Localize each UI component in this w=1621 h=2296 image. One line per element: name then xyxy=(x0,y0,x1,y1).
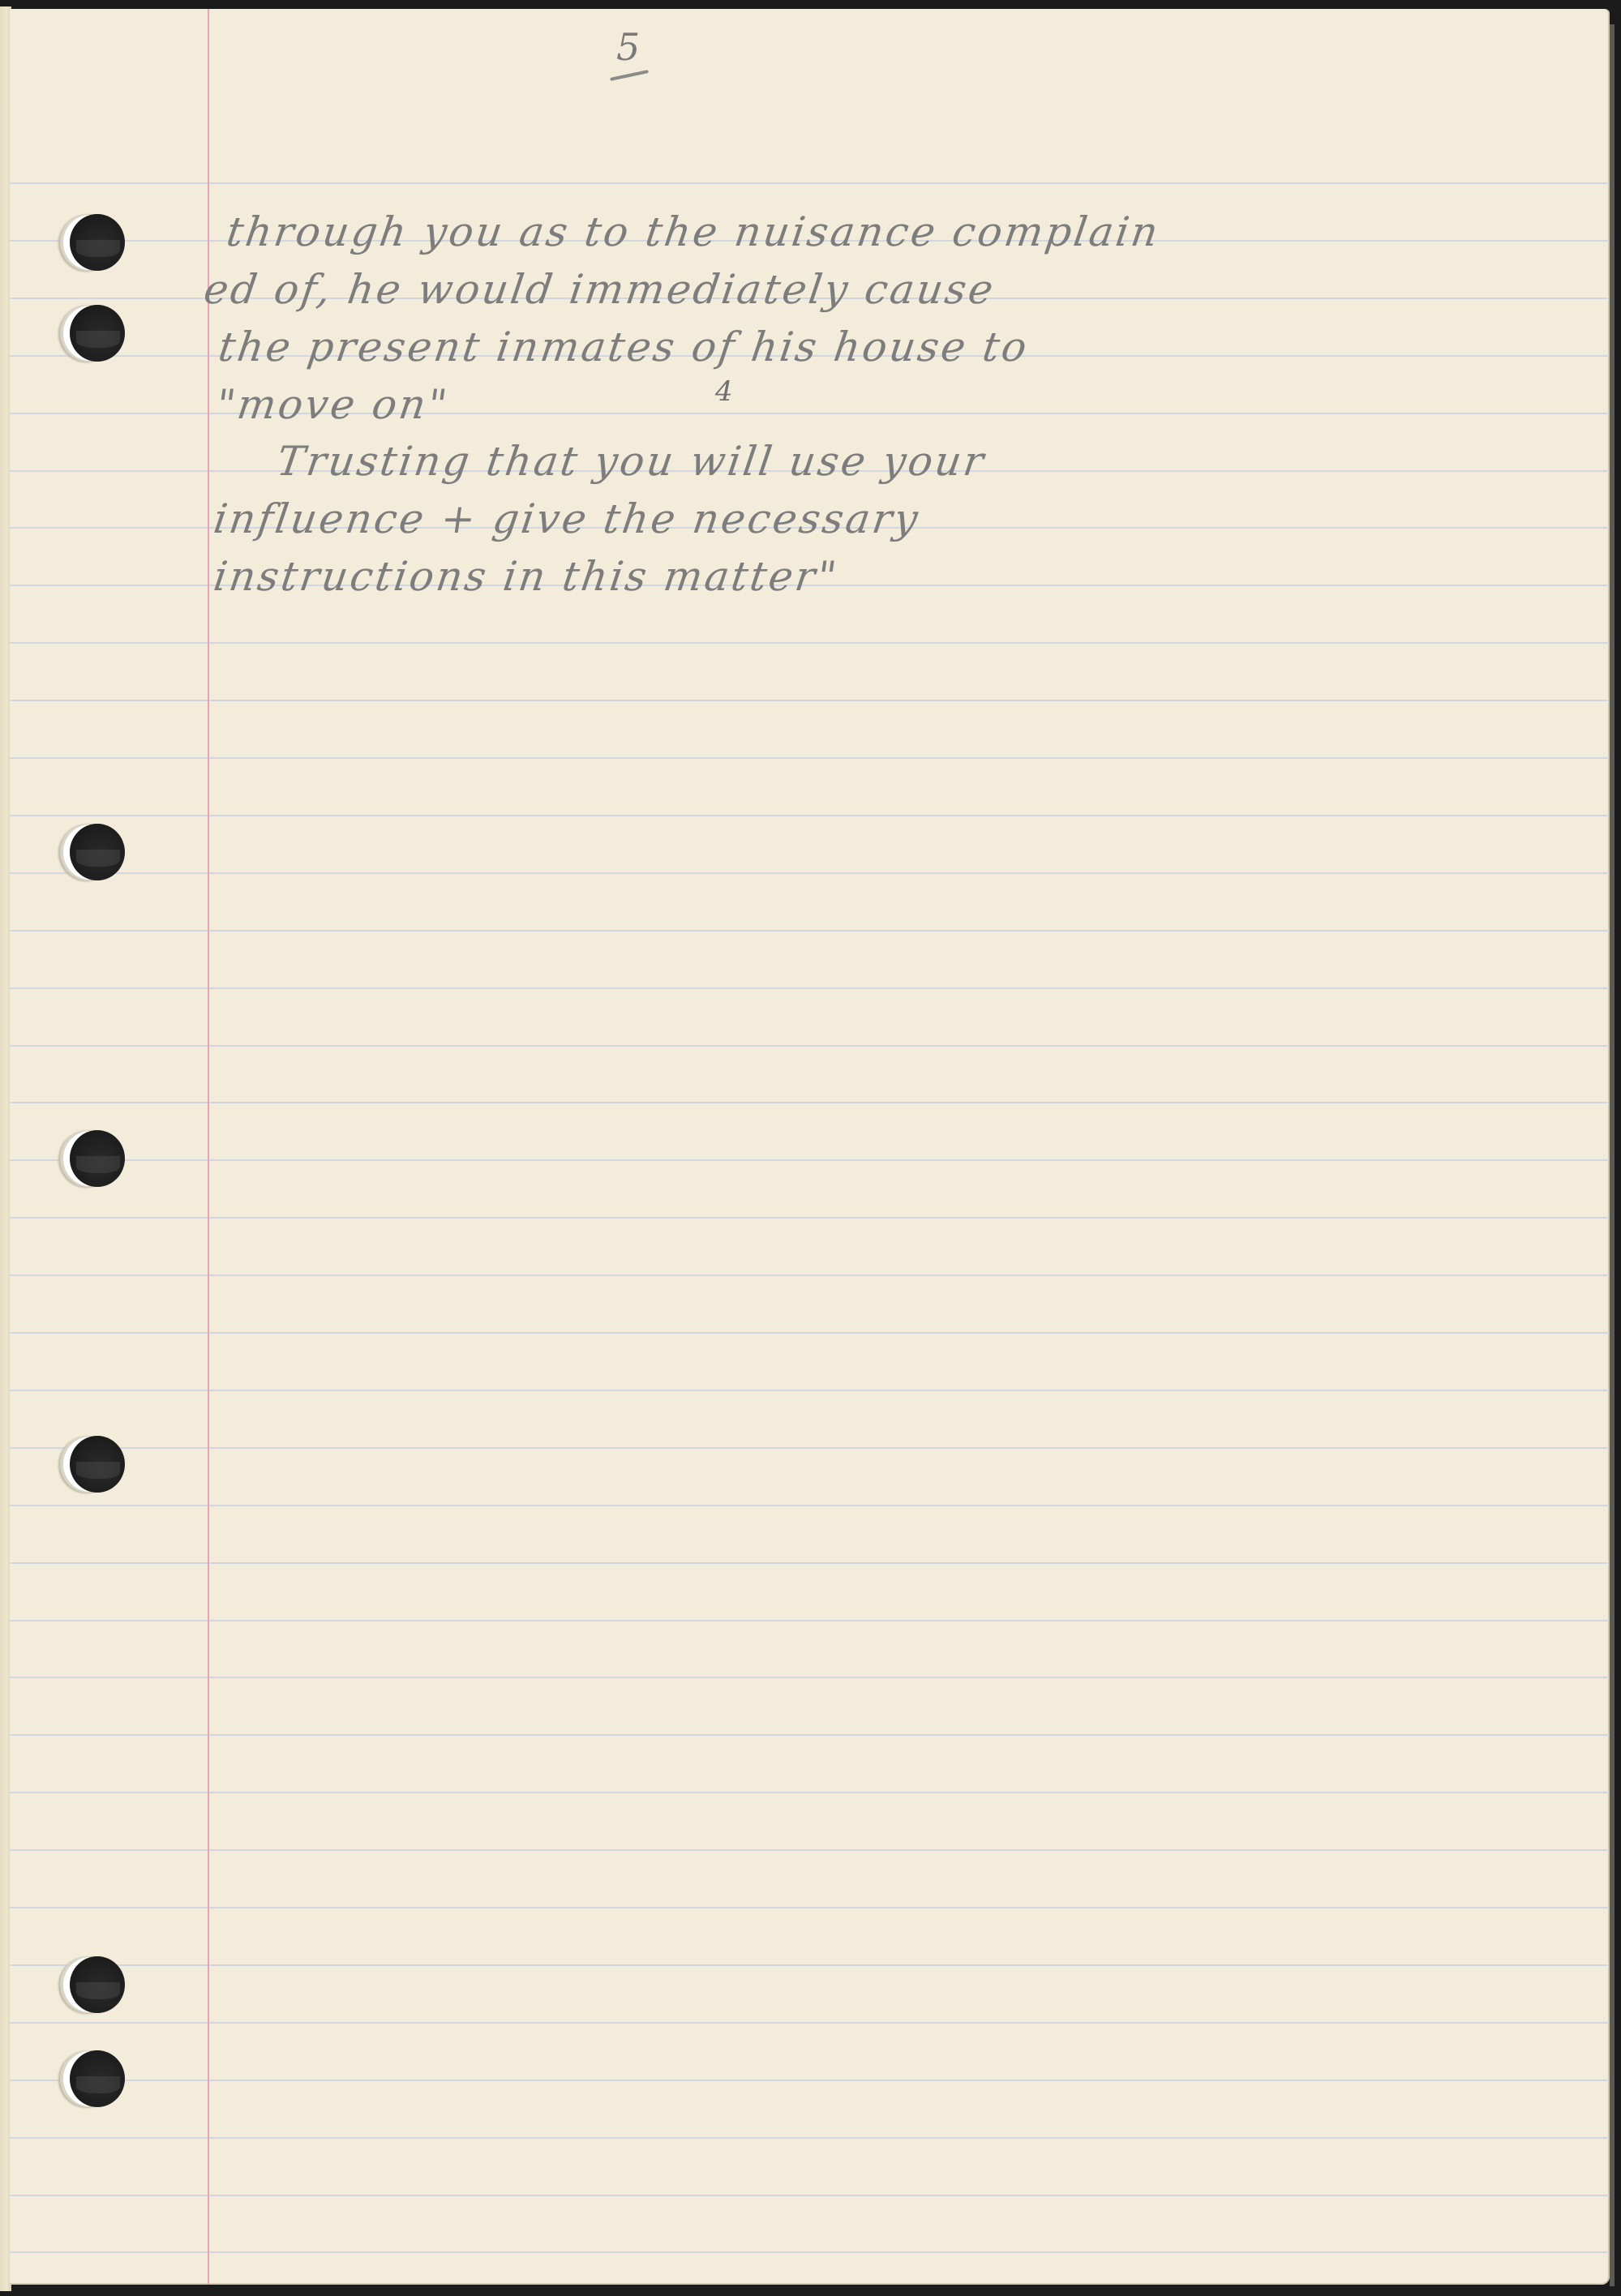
handwritten-line-1: through you as to the nuisance complain xyxy=(224,212,1162,252)
ruled-line xyxy=(10,1792,1610,1793)
punched-hole xyxy=(70,214,125,271)
ruled-line xyxy=(10,757,1610,759)
punched-hole xyxy=(70,1956,125,2013)
ruled-line xyxy=(10,1562,1610,1564)
ruled-line xyxy=(10,1159,1610,1161)
ruled-line xyxy=(10,1390,1610,1391)
margin-annotation-number: 4 xyxy=(715,375,733,408)
ruled-line xyxy=(10,1505,1610,1506)
punched-hole xyxy=(70,1130,125,1187)
ruled-line xyxy=(10,1677,1610,1678)
ruled-line xyxy=(10,2195,1610,2196)
ruled-line xyxy=(10,1217,1610,1219)
handwritten-line-3: the present inmates of his house to xyxy=(216,327,1031,367)
ruled-line xyxy=(10,872,1610,874)
notebook-page: 5 through you as to the nuisance complai… xyxy=(10,9,1610,2285)
ruled-line xyxy=(10,930,1610,932)
handwritten-line-6: influence + give the necessary xyxy=(211,499,922,539)
ruled-line xyxy=(10,182,1610,184)
ruled-line xyxy=(10,1964,1610,1966)
handwritten-line-2: ed of, he would immediately cause xyxy=(201,269,997,310)
page-number: 5 xyxy=(616,25,640,69)
ruled-line xyxy=(10,642,1610,644)
ruled-line xyxy=(10,1447,1610,1449)
ruled-line xyxy=(10,1907,1610,1908)
ruled-line xyxy=(10,2137,1610,2139)
ruled-line xyxy=(10,1332,1610,1334)
ruled-line xyxy=(10,1274,1610,1276)
page-number-underline xyxy=(610,70,649,81)
punched-hole xyxy=(70,1436,125,1493)
ruled-line xyxy=(10,2080,1610,2081)
ruled-line xyxy=(10,700,1610,701)
handwritten-line-5: Trusting that you will use your xyxy=(274,441,988,482)
ruled-line xyxy=(10,1849,1610,1851)
ruled-line xyxy=(10,1734,1610,1736)
ruled-line xyxy=(10,1102,1610,1103)
ruled-line xyxy=(10,815,1610,816)
ruled-line xyxy=(10,1045,1610,1047)
punched-hole xyxy=(70,2050,125,2107)
ruled-line xyxy=(10,2022,1610,2024)
punched-hole xyxy=(70,824,125,880)
ruled-line xyxy=(10,987,1610,989)
ruled-line xyxy=(10,2251,1610,2253)
margin-line xyxy=(208,9,209,2285)
ruled-line xyxy=(10,1620,1610,1621)
page-right-edge xyxy=(1610,24,1615,2286)
punched-hole xyxy=(70,305,125,362)
handwritten-line-4: "move on" xyxy=(213,384,452,425)
handwritten-line-7: instructions in this matter" xyxy=(211,556,841,597)
